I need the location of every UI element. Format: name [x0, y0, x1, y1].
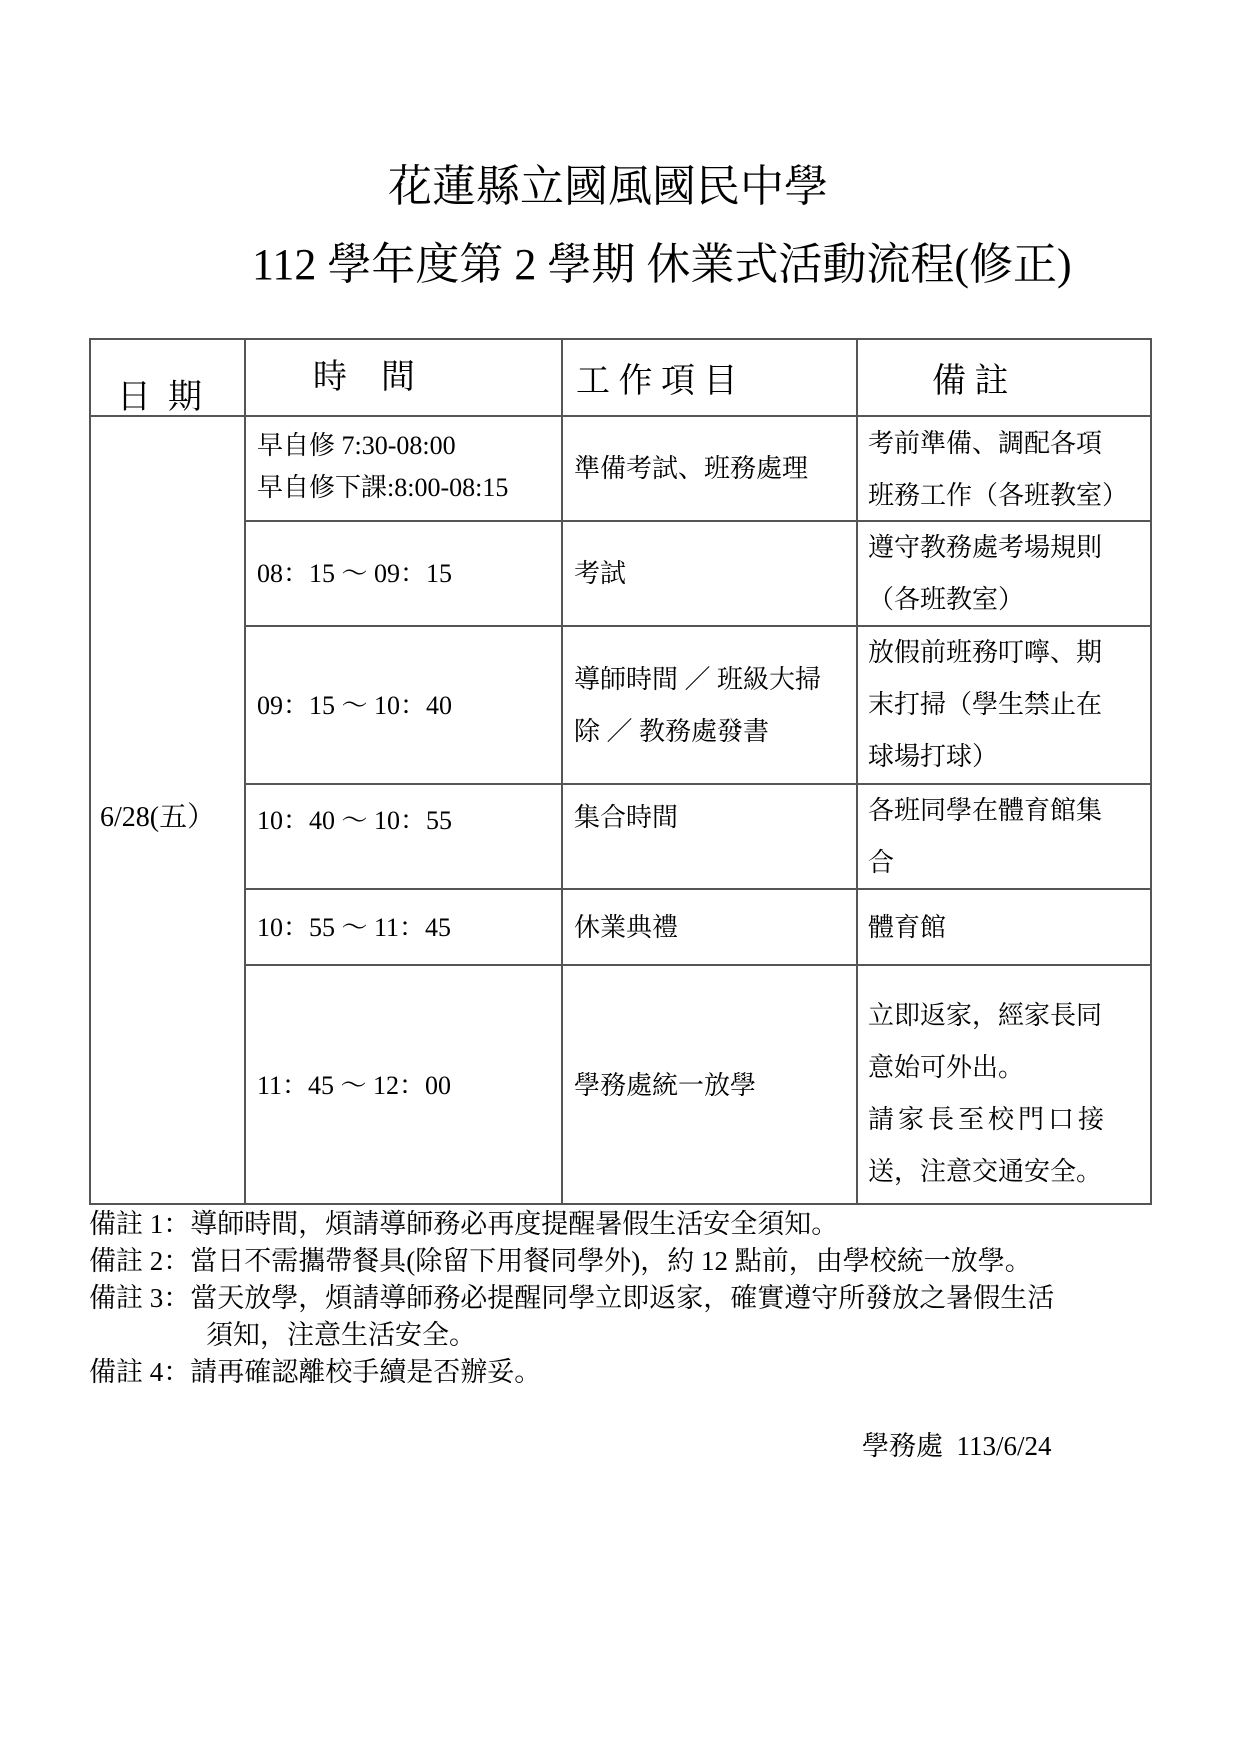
time-cell: 08：15 ～ 09：15 [257, 522, 452, 626]
document-title: 112 學年度第 2 學期 休業式活動流程(修正) [252, 238, 1072, 292]
school-name: 花蓮縣立國風國民中學 [388, 160, 828, 214]
header-remark: 備 註 [932, 354, 1009, 400]
remark-cell: 立即返家，經家長同 意始可外出。 請家長至校門口接 送，注意交通安全。 [868, 990, 1108, 1198]
remark-text: 體育館 [868, 902, 946, 954]
note-2: 備註 2：當日不需攜帶餐具(除留下用餐同學外)，約 12 點前，由學校統一放學。 [89, 1243, 1054, 1280]
table-divider [244, 338, 246, 1205]
task-text: 準備考試、班務處理 [574, 443, 808, 495]
time-text: 08：15 ～ 09：15 [257, 553, 452, 595]
time-line: 早自修下課:8:00-08:15 [257, 467, 508, 509]
time-cell: 09：15 ～ 10：40 [257, 627, 452, 784]
task-cell: 學務處統一放學 [574, 966, 756, 1206]
remark-line: 考前準備、調配各項 [868, 418, 1102, 470]
table-divider [856, 338, 858, 1205]
remark-line: 各班同學在體育館集 [868, 785, 1102, 837]
task-line: 導師時間 ／ 班級大掃 [574, 654, 821, 706]
remark-line: 遵守教務處考場規則 [868, 522, 1102, 574]
task-cell: 休業典禮 [574, 890, 678, 965]
note-1: 備註 1：導師時間，煩請導師務必再度提醒暑假生活安全須知。 [89, 1206, 1054, 1243]
remark-line: （各班教室） [868, 574, 1024, 626]
note-3: 備註 3：當天放學，煩請導師務必提醒同學立即返家，確實遵守所發放之暑假生活 [89, 1280, 1054, 1317]
time-text: 10：40 ～ 10：55 [257, 800, 452, 842]
remark-cell: 放假前班務叮嚀、期 末打掃（學生禁止在 球場打球） [868, 627, 1102, 783]
remark-cell: 體育館 [868, 890, 946, 965]
signature-office: 學務處 [862, 1431, 943, 1461]
task-cell: 考試 [574, 522, 626, 626]
task-text: 學務處統一放學 [574, 1060, 756, 1112]
remark-line: 立即返家，經家長同 [868, 990, 1102, 1042]
time-cell: 早自修 7:30-08:00 早自修下課:8:00-08:15 [257, 425, 508, 509]
signature-date: 113/6/24 [957, 1431, 1052, 1461]
note-3-continued: 須知，注意生活安全。 [89, 1317, 1054, 1354]
remark-line: 班務工作（各班教室） [868, 470, 1128, 522]
task-text: 集合時間 [574, 792, 678, 844]
time-cell: 10：55 ～ 11：45 [257, 890, 451, 965]
remark-line: 請家長至校門口接 [868, 1094, 1108, 1146]
remark-line: 球場打球） [868, 731, 998, 783]
task-text: 休業典禮 [574, 902, 678, 954]
task-text: 考試 [574, 548, 626, 600]
remark-cell: 考前準備、調配各項 班務工作（各班教室） [868, 418, 1128, 522]
time-text: 11：45 ～ 12：00 [257, 1065, 451, 1107]
header-time: 時 間 [313, 350, 415, 396]
time-cell: 10：40 ～ 10：55 [257, 800, 452, 842]
time-text: 10：55 ～ 11：45 [257, 907, 451, 949]
date-cell: 6/28(五） [100, 795, 215, 835]
task-cell: 集合時間 [574, 795, 678, 841]
time-cell: 11：45 ～ 12：00 [257, 966, 451, 1206]
table-divider [561, 338, 563, 1205]
remark-cell: 各班同學在體育館集 合 [868, 785, 1102, 889]
time-line: 早自修 7:30-08:00 [257, 425, 456, 467]
remark-line: 合 [868, 837, 894, 889]
task-cell: 導師時間 ／ 班級大掃 除 ／ 教務處發書 [574, 627, 821, 784]
remark-line: 放假前班務叮嚀、期 [868, 627, 1102, 679]
note-4: 備註 4：請再確認離校手續是否辦妥。 [89, 1354, 1054, 1391]
time-text: 09：15 ～ 10：40 [257, 685, 452, 727]
remark-cell: 遵守教務處考場規則 （各班教室） [868, 522, 1102, 626]
remark-line: 意始可外出。 [868, 1042, 1024, 1094]
signature: 學務處 113/6/24 [862, 1424, 1052, 1463]
remark-line: 送，注意交通安全。 [868, 1146, 1102, 1198]
remark-line: 末打掃（學生禁止在 [868, 679, 1102, 731]
task-line: 除 ／ 教務處發書 [574, 706, 769, 758]
notes-section: 備註 1：導師時間，煩請導師務必再度提醒暑假生活安全須知。 備註 2：當日不需攜… [89, 1206, 1054, 1391]
header-task: 工 作 項 目 [576, 354, 738, 400]
task-cell: 準備考試、班務處理 [574, 417, 808, 521]
header-date: 日 期 [117, 370, 202, 416]
